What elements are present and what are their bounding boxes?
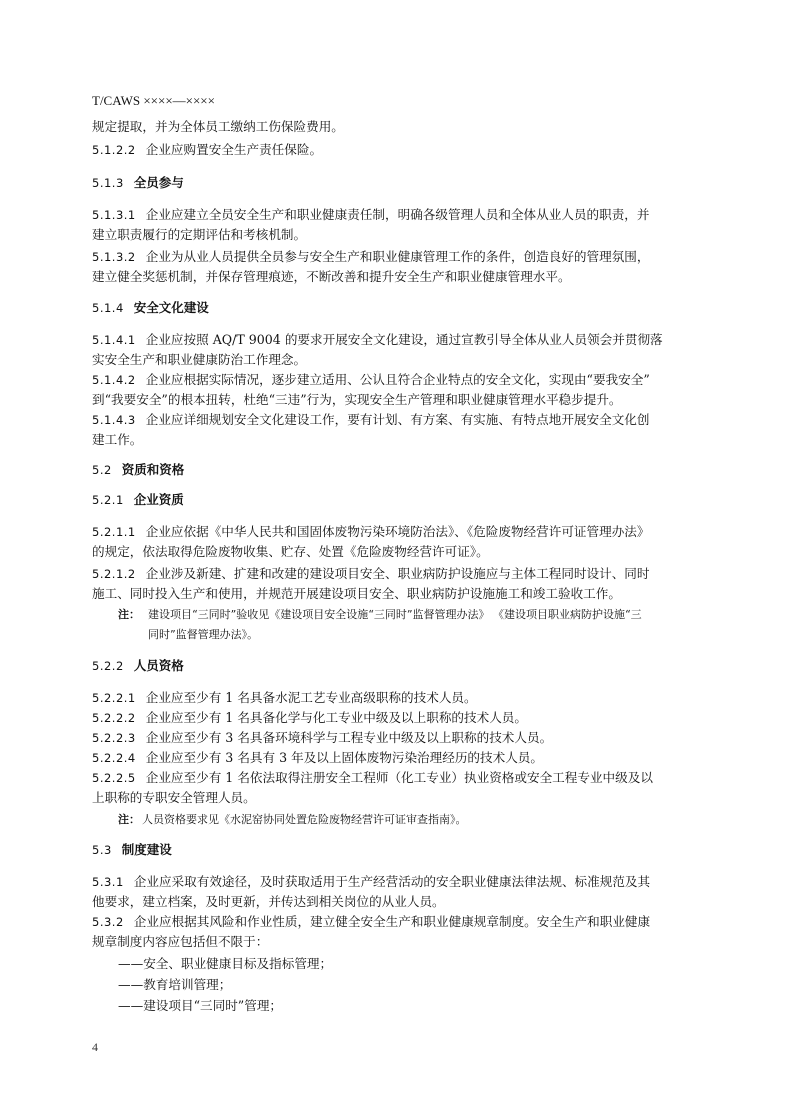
clause-text: 企业应采取有效途径，及时获取适用于生产经营活动的安全职业健康法律法规、标准规范及… — [134, 874, 650, 889]
clause-number: 5.3.2 — [92, 915, 124, 929]
clause-number: 5.3.1 — [92, 875, 124, 889]
clause-5-1-3-2: 5.1.3.2企业为从业人员提供全员参与安全生产和职业健康管理工作的条件，创造良… — [92, 249, 649, 265]
clause-text: 企业应至少有 1 名依法取得注册安全工程师（化工专业）执业资格或安全工程专业中级… — [146, 770, 653, 785]
note-text: 人员资格要求见《水泥窑协同处置危险废物经营许可证审查指南》。 — [142, 813, 467, 826]
clause-5-2-1-1: 5.2.1.1企业应依据《中华人民共和国固体废物污染环境防治法》、《危险废物经营… — [92, 524, 649, 540]
clause-5-3-1: 5.3.1企业应采取有效途径，及时获取适用于生产经营活动的安全职业健康法律法规、… — [92, 874, 650, 890]
heading-text: 制度建设 — [122, 842, 172, 857]
clause-number: 5.1.4.2 — [92, 373, 136, 387]
note-label: 注： — [118, 608, 140, 621]
clause-number: 5.1.4.3 — [92, 413, 136, 427]
clause-5-1-4-1: 5.1.4.1企业应按照 AQ/T 9004 的要求开展安全文化建设，通过宣教引… — [92, 332, 663, 348]
clause-number: 5.2.2.4 — [92, 751, 136, 765]
clause-5-2-2-1: 5.2.2.1企业应至少有 1 名具备水泥工艺专业高级职称的技术人员。 — [92, 690, 477, 706]
heading-number: 5.2.1 — [92, 493, 124, 507]
clause-text: 企业应至少有 3 名具备环境科学与工程专业中级及以上职称的技术人员。 — [146, 730, 552, 745]
clause-5-2-2-5: 5.2.2.5企业应至少有 1 名依法取得注册安全工程师（化工专业）执业资格或安… — [92, 770, 653, 786]
heading-number: 5.2.2 — [92, 659, 124, 673]
heading-5-1-3: 5.1.3全员参与 — [92, 175, 184, 191]
clause-number: 5.1.3.1 — [92, 208, 136, 222]
note-text: 建设项目“三同时”验收见《建设项目安全设施“三同时”监督管理办法》 《建设项目职… — [148, 608, 642, 621]
clause-continuation: 实安全生产和职业健康防治工作理念。 — [92, 352, 306, 368]
clause-text: 企业涉及新建、扩建和改建的建设项目安全、职业病防护设施应与主体工程同时设计、同时 — [146, 566, 650, 581]
clause-text: 企业应至少有 3 名具有 3 年及以上固体废物污染治理经历的技术人员。 — [146, 750, 543, 765]
clause-continuation: 他要求，建立档案，及时更新，并传达到相关岗位的从业人员。 — [92, 894, 445, 910]
note-continuation: 同时”监督管理办法》。 — [148, 627, 258, 643]
clause-text: 企业应购置安全生产责任保险。 — [146, 142, 322, 157]
heading-number: 5.1.3 — [92, 176, 124, 190]
heading-number: 5.2 — [92, 463, 112, 477]
clause-number: 5.1.4.1 — [92, 333, 136, 347]
heading-5-2-2: 5.2.2人员资格 — [92, 658, 184, 674]
document-code: T/CAWS ××××—×××× — [92, 93, 215, 109]
clause-5-2-1-2: 5.2.1.2企业涉及新建、扩建和改建的建设项目安全、职业病防护设施应与主体工程… — [92, 566, 649, 582]
clause-text: 企业应详细规划安全文化建设工作，要有计划、有方案、有实施、有特点地开展安全文化创 — [146, 412, 650, 427]
clause-number: 5.2.2.3 — [92, 731, 136, 745]
clause-5-2-2-2: 5.2.2.2企业应至少有 1 名具备化学与化工专业中级及以上职称的技术人员。 — [92, 710, 527, 726]
heading-text: 全员参与 — [134, 175, 184, 190]
clause-number: 5.2.1.1 — [92, 525, 136, 539]
clause-continuation: 施工、同时投入生产和使用，并规范开展建设项目安全、职业病防护设施施工和竣工验收工… — [92, 586, 621, 602]
clause-5-2-2-3: 5.2.2.3企业应至少有 3 名具备环境科学与工程专业中级及以上职称的技术人员… — [92, 730, 552, 746]
clause-number: 5.1.3.2 — [92, 250, 136, 264]
clause-5-3-2: 5.3.2企业应根据其风险和作业性质，建立健全安全生产和职业健康规章制度。安全生… — [92, 914, 650, 930]
heading-number: 5.1.4 — [92, 301, 124, 315]
clause-5-1-4-2: 5.1.4.2企业应根据实际情况，逐步建立适用、公认且符合企业特点的安全文化，实… — [92, 372, 650, 388]
heading-5-2-1: 5.2.1企业资质 — [92, 492, 184, 508]
clause-number: 5.2.2.2 — [92, 711, 136, 725]
clause-5-1-2-2: 5.1.2.2企业应购置安全生产责任保险。 — [92, 142, 322, 158]
clause-text: 企业为从业人员提供全员参与安全生产和职业健康管理工作的条件，创造良好的管理氛围， — [146, 249, 650, 264]
heading-5-2: 5.2资质和资格 — [92, 462, 184, 478]
clause-text: 企业应至少有 1 名具备水泥工艺专业高级职称的技术人员。 — [146, 690, 477, 705]
clause-continuation: 建立职责履行的定期评估和考核机制。 — [92, 227, 306, 243]
note-1: 注：建设项目“三同时”验收见《建设项目安全设施“三同时”监督管理办法》 《建设项… — [118, 607, 642, 623]
clause-5-1-3-1: 5.1.3.1企业应建立全员安全生产和职业健康责任制，明确各级管理人员和全体从业… — [92, 207, 649, 223]
clause-continuation: 建工作。 — [92, 432, 142, 448]
clause-number: 5.1.2.2 — [92, 143, 136, 157]
clause-number: 5.2.2.5 — [92, 771, 136, 785]
clause-5-1-4-3: 5.1.4.3企业应详细规划安全文化建设工作，要有计划、有方案、有实施、有特点地… — [92, 412, 649, 428]
clause-continuation: 规章制度内容应包括但不限于： — [92, 934, 268, 950]
heading-text: 企业资质 — [134, 492, 184, 507]
clause-continuation: 建立健全奖惩机制，并保存管理痕迹，不断改善和提升安全生产和职业健康管理水平。 — [92, 269, 571, 285]
clause-continuation: 上职称的专职安全管理人员。 — [92, 790, 256, 806]
list-item: ——安全、职业健康目标及指标管理； — [118, 956, 332, 972]
list-item: ——建设项目“三同时”管理； — [118, 998, 282, 1014]
paragraph-line: 规定提取，并为全体员工缴纳工伤保险费用。 — [92, 119, 344, 135]
clause-text: 企业应建立全员安全生产和职业健康责任制，明确各级管理人员和全体从业人员的职责，并 — [146, 207, 650, 222]
clause-number: 5.2.2.1 — [92, 691, 136, 705]
clause-continuation: 到“我要安全”的根本扭转，杜绝“三违”行为，实现安全生产管理和职业健康管理水平稳… — [92, 392, 622, 408]
page-number: 4 — [92, 1040, 98, 1055]
clause-text: 企业应按照 AQ/T 9004 的要求开展安全文化建设，通过宣教引导全体从业人员… — [146, 332, 663, 347]
clause-number: 5.2.1.2 — [92, 567, 136, 581]
heading-5-3: 5.3制度建设 — [92, 842, 172, 858]
clause-text: 企业应根据其风险和作业性质，建立健全安全生产和职业健康规章制度。安全生产和职业健… — [134, 914, 650, 929]
clause-continuation: 的规定，依法取得危险废物收集、贮存、处置《危险废物经营许可证》。 — [92, 544, 489, 560]
heading-5-1-4: 5.1.4安全文化建设 — [92, 300, 209, 316]
heading-text: 安全文化建设 — [134, 300, 209, 315]
list-item: ——教育培训管理； — [118, 977, 231, 993]
clause-text: 企业应根据实际情况，逐步建立适用、公认且符合企业特点的安全文化，实现由“要我安全… — [146, 372, 650, 387]
note-2: 注：人员资格要求见《水泥窑协同处置危险废物经营许可证审查指南》。 — [118, 812, 467, 828]
clause-5-2-2-4: 5.2.2.4企业应至少有 3 名具有 3 年及以上固体废物污染治理经历的技术人… — [92, 750, 543, 766]
heading-text: 人员资格 — [134, 658, 184, 673]
note-label: 注： — [118, 813, 140, 826]
clause-text: 企业应至少有 1 名具备化学与化工专业中级及以上职称的技术人员。 — [146, 710, 527, 725]
heading-text: 资质和资格 — [122, 462, 185, 477]
heading-number: 5.3 — [92, 843, 112, 857]
clause-text: 企业应依据《中华人民共和国固体废物污染环境防治法》、《危险废物经营许可证管理办法… — [146, 524, 650, 539]
